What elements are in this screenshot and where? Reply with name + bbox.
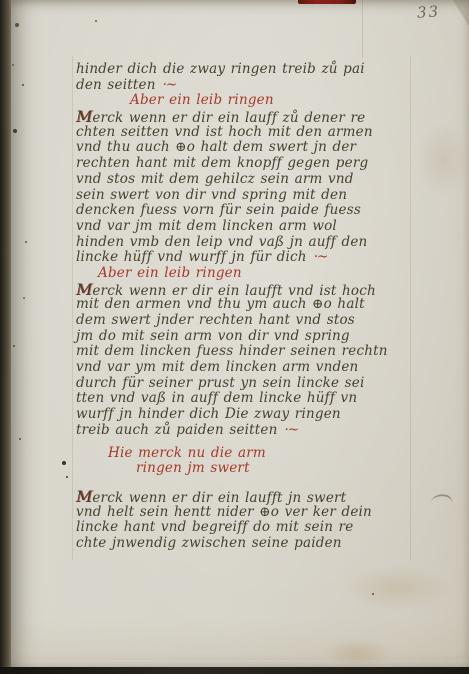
foxing-specks bbox=[11, 0, 13, 2]
paragraph-end-flourish: ·~ bbox=[163, 77, 177, 93]
rubric-heading: Hie merck nu die arm bbox=[76, 446, 406, 462]
text-block: hinder dich die zway ringen treib zů pai… bbox=[76, 62, 406, 552]
manuscript-line: vnd var jm mit dem lincken arm wol bbox=[76, 219, 406, 235]
paragraph-end-flourish: ·~ bbox=[285, 422, 299, 438]
ruling-line-left bbox=[72, 56, 73, 560]
manuscript-line: Merck wenn er dir ein laufft jn swert bbox=[76, 489, 406, 505]
manuscript-line: lincke hant vnd begreiff do mit sein re bbox=[76, 520, 406, 536]
manuscript-line: mit dem lincken fuess hinder seinen rech… bbox=[76, 344, 406, 360]
manuscript-line: den seitten·~ bbox=[76, 78, 406, 94]
parchment-stain bbox=[416, 122, 469, 197]
margin-pen-mark bbox=[430, 493, 453, 507]
manuscript-line: vnd stos mit dem gehilcz sein arm vnd bbox=[76, 172, 406, 188]
manuscript-line: mit den armen vnd thu ym auch ⊕o halt bbox=[76, 297, 406, 313]
manuscript-line: treib auch zů paiden seitten·~ bbox=[76, 423, 406, 439]
manuscript-line: Merck wenn er dir ein laufft vnd ist hoc… bbox=[76, 282, 406, 298]
manuscript-line: hinden vmb den leip vnd vaß jn auff den bbox=[76, 235, 406, 251]
manuscript-line: durch für seiner prust yn sein lincke se… bbox=[76, 376, 406, 392]
manuscript-line: rechten hant mit dem knopff gegen perg bbox=[76, 156, 406, 172]
manuscript-line: dencken fuess vorn für sein paide fuess bbox=[76, 203, 406, 219]
parchment-stain bbox=[341, 565, 451, 610]
manuscript-line: lincke hüff vnd wurff jn für dich·~ bbox=[76, 250, 406, 266]
rubric-heading: ringen jm swert bbox=[76, 461, 406, 477]
manuscript-line: hinder dich die zway ringen treib zů pai bbox=[76, 62, 406, 78]
parchment-stain bbox=[321, 638, 393, 668]
manuscript-line: sein swert von dir vnd spring mit den bbox=[76, 188, 406, 204]
manuscript-line: Merck wenn er dir ein lauff zů dener re bbox=[76, 109, 406, 125]
book-bottom-edge bbox=[0, 667, 469, 674]
manuscript-line: jm do mit sein arm von dir vnd spring bbox=[76, 329, 406, 345]
manuscript-line: tten vnd vaß in auff dem lincke hüff vn bbox=[76, 391, 406, 407]
paragraph-end-flourish: ·~ bbox=[314, 249, 328, 265]
ruling-line-right bbox=[410, 56, 411, 560]
parchment-stain bbox=[11, 618, 469, 660]
manuscript-line: dem swert jnder rechten hant vnd stos bbox=[76, 313, 406, 329]
manuscript-line: vnd var ym mit dem lincken arm vnden bbox=[76, 360, 406, 376]
rubric-heading: Aber ein leib ringen bbox=[76, 266, 406, 282]
manuscript-line: vnd thu auch ⊕o halt dem swert jn der bbox=[76, 140, 406, 156]
manuscript-line: wurff jn hinder dich Die zway ringen bbox=[76, 407, 406, 423]
manuscript-line: vnd helt sein hentt nider ⊕o ver ker dei… bbox=[76, 505, 406, 521]
manuscript-line: chten seitten vnd ist hoch mit den armen bbox=[76, 125, 406, 141]
rubric-heading: Aber ein leib ringen bbox=[76, 93, 406, 109]
parchment-crease bbox=[362, 0, 363, 58]
adjacent-page-red-edge bbox=[298, 0, 356, 4]
manuscript-page: 33 hinder dich die zway ringen treib zů … bbox=[11, 0, 469, 667]
folio-number: 33 bbox=[416, 2, 440, 22]
manuscript-line: chte jnwendig zwischen seine paiden bbox=[76, 536, 406, 552]
